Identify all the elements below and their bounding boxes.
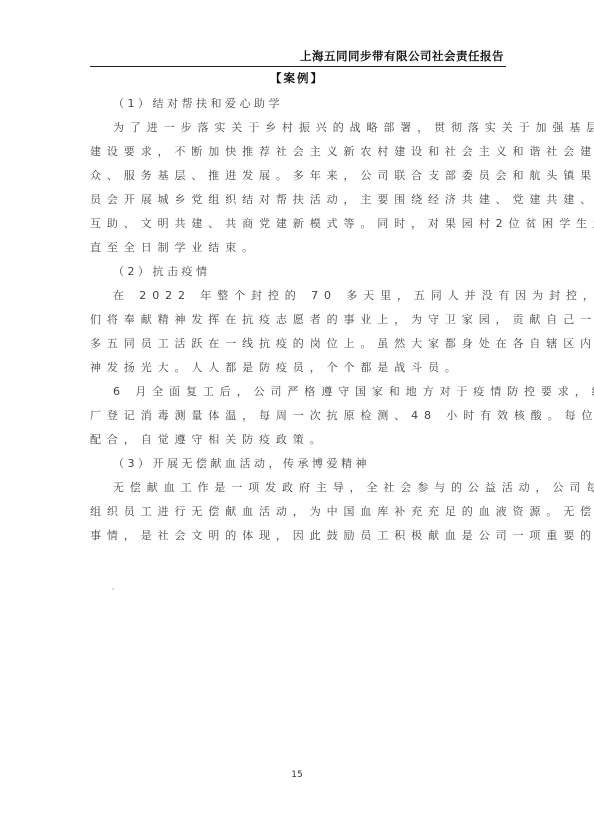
document-body: （1）结对帮扶和爱心助学 为了进一步落实关于乡村振兴的战略部署，贯彻落实关于加强… bbox=[90, 92, 504, 548]
paragraph-line: 众、服务基层、推进发展。多年来，公司联合支部委员会和航头镇果园村党总支部委 bbox=[90, 164, 504, 188]
paragraph-line: 员会开展城乡党组织结对帮扶活动，主要围绕经济共建、党建共建、教育共建、结对 bbox=[90, 188, 504, 212]
stray-punctuation-mark: 。 bbox=[112, 582, 119, 592]
paragraph-line: 无偿献血工作是一项发政府主导，全社会参与的公益活动，公司每年都会动员并 bbox=[90, 476, 504, 500]
paragraph-line: 组织员工进行无偿献血活动，为中国血库补充充足的血液资源。无偿献血是全社会的 bbox=[90, 500, 504, 524]
paragraph-line: 配合，自觉遵守相关防疫政策。 bbox=[90, 428, 504, 452]
page-number: 15 bbox=[0, 770, 594, 780]
paragraph-line: 建设要求，不断加快推荐社会主义新农村建设和社会主义和谐社会建设，密切联系群 bbox=[90, 140, 504, 164]
paragraph-line: 们将奉献精神发挥在抗疫志愿者的事业上，为守卫家园，贡献自己一份力。有许许多 bbox=[90, 308, 504, 332]
paragraph-line: 厂登记消毒测量体温，每周一次抗原检测、48 小时有效核酸。每位员工都积极主动 bbox=[90, 404, 504, 428]
section-heading: （3）开展无偿献血活动，传承博爱精神 bbox=[90, 452, 504, 476]
section-heading: （2）抗击疫情 bbox=[90, 260, 504, 284]
paragraph-line: 为了进一步落实关于乡村振兴的战略部署，贯彻落实关于加强基层服务型党组织 bbox=[90, 116, 504, 140]
case-label: 【案例】 bbox=[90, 70, 504, 86]
running-header-title: 上海五同同步带有限公司社会责任报告 bbox=[90, 48, 504, 64]
header-divider bbox=[90, 66, 506, 67]
section-heading: （1）结对帮扶和爱心助学 bbox=[90, 92, 504, 116]
paragraph-line: 6 月全面复工后，公司严格遵守国家和地方对于疫情防控要求，绝不放松，进出 bbox=[90, 380, 504, 404]
document-page: 上海五同同步带有限公司社会责任报告 【案例】 （1）结对帮扶和爱心助学 为了进一… bbox=[0, 0, 594, 834]
paragraph-line: 事情，是社会文明的体现，因此鼓励员工积极献血是公司一项重要的工作。 bbox=[90, 524, 504, 548]
paragraph-line: 直至全日制学业结束。 bbox=[90, 236, 504, 260]
paragraph-line: 在 2022 年整个封控的 70 多天里，五同人并没有因为封控，而停止或者静止，… bbox=[90, 284, 504, 308]
paragraph-line: 多五同员工活跃在一线抗疫的岗位上。虽然大家都身处在各自辖区内，但是将五同精 bbox=[90, 332, 504, 356]
paragraph-line: 互助、文明共建、共商党建新模式等。同时，对果园村2位贫困学生进行爱心资助， bbox=[90, 212, 504, 236]
paragraph-line: 神发扬光大。人人都是防疫员，个个都是战斗员。 bbox=[90, 356, 504, 380]
